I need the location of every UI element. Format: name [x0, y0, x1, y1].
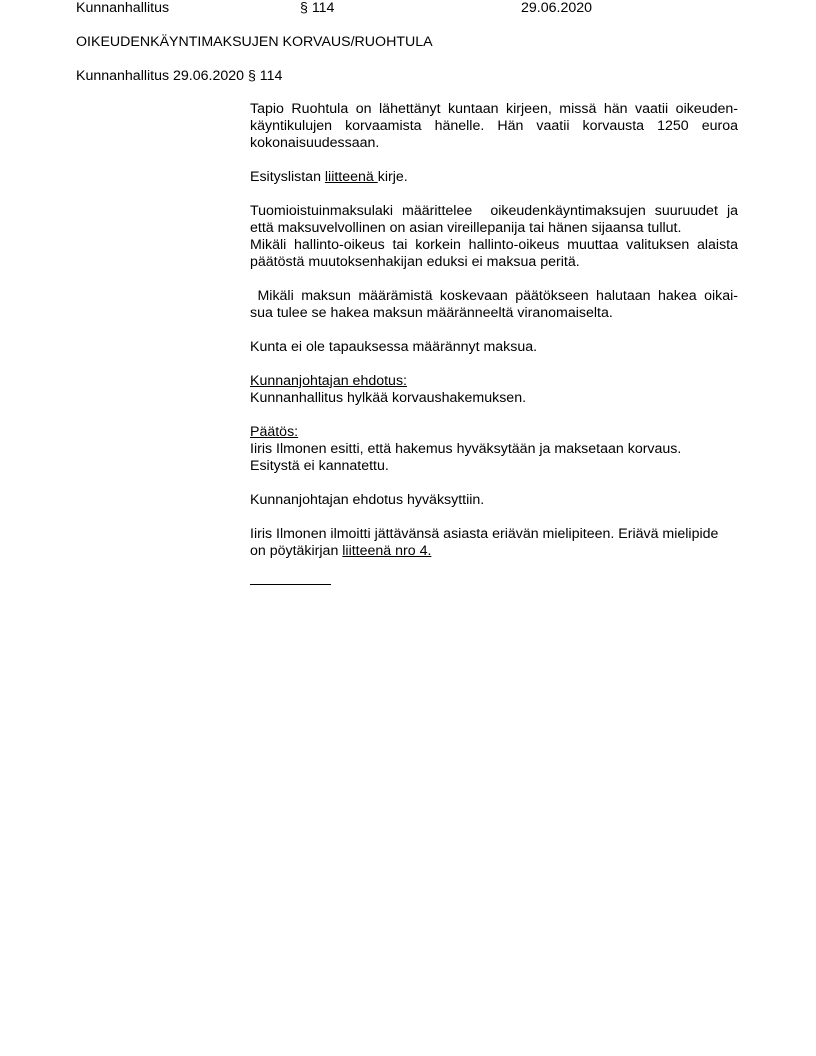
text-line: päätöstä muutoksenhakijan eduksi ei maks…	[250, 254, 738, 271]
text: on pöytäkirjan	[250, 543, 342, 559]
text-line: sua tulee se hakea maksun määränneeltä v…	[250, 305, 738, 322]
text-line: Iiris Ilmonen ilmoitti jättävänsä asiast…	[250, 526, 738, 543]
document-title: OIKEUDENKÄYNTIMAKSUJEN KORVAUS/RUOHTULA	[76, 34, 433, 51]
header-date: 29.06.2020	[521, 0, 592, 17]
decision-heading: Päätös:	[250, 424, 738, 441]
header-body-name: Kunnanhallitus	[76, 0, 169, 17]
text-line: Mikäli hallinto-oikeus tai korkein halli…	[250, 237, 738, 254]
text-line: on pöytäkirjan liitteenä nro 4.	[250, 543, 738, 560]
proposal-heading: Kunnanjohtajan ehdotus:	[250, 373, 738, 390]
text-line: Kunta ei ole tapauksessa määrännyt maksu…	[250, 339, 738, 356]
text: kirje.	[378, 169, 408, 185]
text-line: Tapio Ruohtula on lähettänyt kuntaan kir…	[250, 101, 738, 118]
attachment-link[interactable]: liitteenä	[325, 169, 378, 185]
text-line: että maksuvelvollinen on asian vireillep…	[250, 220, 738, 237]
text-line: kokonaisuudessaan.	[250, 135, 738, 152]
text-line: Iiris Ilmonen esitti, että hakemus hyväk…	[250, 441, 738, 458]
meeting-reference: Kunnanhallitus 29.06.2020 § 114	[76, 68, 282, 85]
end-divider	[250, 584, 331, 585]
paragraph-appeal: Mikäli maksun määrämistä koskevaan päätö…	[250, 288, 738, 322]
paragraph-claim: Tapio Ruohtula on lähettänyt kuntaan kir…	[250, 101, 738, 152]
document-body: Tapio Ruohtula on lähettänyt kuntaan kir…	[250, 101, 738, 585]
text-line: Kunnanjohtajan ehdotus hyväksyttiin.	[250, 492, 738, 509]
text: Esityslistan	[250, 169, 325, 185]
text-line: käyntikulujen korvaamista hänelle. Hän v…	[250, 118, 738, 135]
paragraph-accepted: Kunnanjohtajan ehdotus hyväksyttiin.	[250, 492, 738, 509]
paragraph-dissent: Iiris Ilmonen ilmoitti jättävänsä asiast…	[250, 526, 738, 560]
paragraph-law: Tuomioistuinmaksulaki määrittelee oikeud…	[250, 203, 738, 271]
decision-section: Päätös: Iiris Ilmonen esitti, että hakem…	[250, 424, 738, 475]
text-line: Tuomioistuinmaksulaki määrittelee oikeud…	[250, 203, 738, 220]
proposal-text: Kunnanhallitus hylkää korvaushakemuksen.	[250, 390, 738, 407]
paragraph-attachment: Esityslistan liitteenä kirje.	[250, 169, 738, 186]
proposal-section: Kunnanjohtajan ehdotus: Kunnanhallitus h…	[250, 373, 738, 407]
text-line: Esitystä ei kannatettu.	[250, 458, 738, 475]
attachment-link[interactable]: liitteenä nro 4.	[342, 543, 431, 559]
header-section-number: § 114	[300, 0, 334, 17]
text-line: Mikäli maksun määrämistä koskevaan päätö…	[250, 288, 738, 305]
paragraph-no-fee: Kunta ei ole tapauksessa määrännyt maksu…	[250, 339, 738, 356]
